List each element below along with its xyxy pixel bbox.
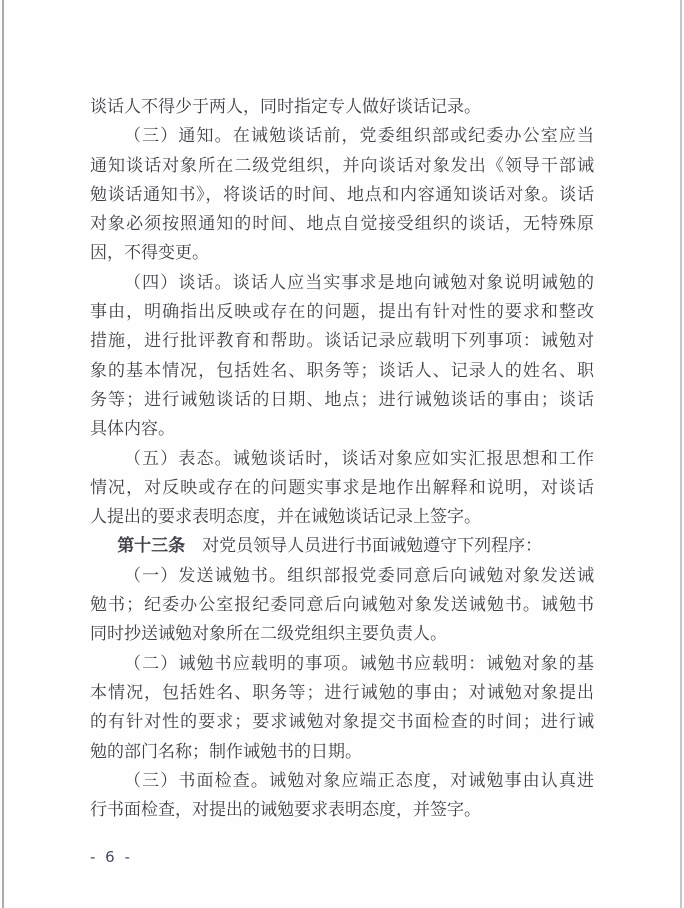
text-line: 本情况，包括姓名、职务等；进行诫勉的事由；对诫勉对象提出 [90, 679, 594, 708]
text-line: （三）书面检查。诫勉对象应端正态度，对诫勉事由认真进 [90, 767, 594, 796]
scanned-document-page: 谈话人不得少于两人，同时指定专人做好谈话记录。（三）通知。在诫勉谈话前，党委组织… [0, 0, 684, 908]
text-line: 谈话人不得少于两人，同时指定专人做好谈话记录。 [90, 93, 594, 122]
text-line: 措施，进行批评教育和帮助。谈话记录应载明下列事项：诫勉对 [90, 327, 594, 356]
text-line: 第十三条 对党员领导人员进行书面诫勉遵守下列程序： [90, 532, 594, 561]
text-line: （二）诫勉书应载明的事项。诫勉书应载明：诫勉对象的基 [90, 650, 594, 679]
text-line: 行书面检查，对提出的诫勉要求表明态度，并签字。 [90, 796, 594, 825]
text-line: 对象必须按照通知的时间、地点自觉接受组织的谈话，无特殊原 [90, 210, 594, 239]
text-line: 务等；进行诫勉谈话的日期、地点；进行诫勉谈话的事由；谈话 [90, 386, 594, 415]
text-line: （三）通知。在诫勉谈话前，党委组织部或纪委办公室应当 [90, 122, 594, 151]
text-line: 勉书；纪委办公室报纪委同意后向诫勉对象发送诫勉书。诫勉书 [90, 591, 594, 620]
text-line: 事由，明确指出反映或存在的问题，提出有针对性的要求和整改 [90, 298, 594, 327]
text-line: 的有针对性的要求；要求诫勉对象提交书面检查的时间；进行诫 [90, 708, 594, 737]
text-line: 同时抄送诫勉对象所在二级党组织主要负责人。 [90, 620, 594, 649]
text-line: 勉的部门名称；制作诫勉书的日期。 [90, 738, 594, 767]
text-line: （一）发送诫勉书。组织部报党委同意后向诫勉对象发送诫 [90, 562, 594, 591]
text-line: 象的基本情况，包括姓名、职务等；谈话人、记录人的姓名、职 [90, 357, 594, 386]
scan-edge-right [680, 0, 682, 908]
text-line: 人提出的要求表明态度，并在诫勉谈话记录上签字。 [90, 503, 594, 532]
text-line: 具体内容。 [90, 415, 594, 444]
text-line: （四）谈话。谈话人应当实事求是地向诫勉对象说明诫勉的 [90, 269, 594, 298]
bold-article-number: 第十三条 [117, 536, 185, 556]
text-line: 情况，对反映或存在的问题实事求是地作出解释和说明，对谈话 [90, 474, 594, 503]
scan-edge-left [2, 0, 4, 908]
document-body: 谈话人不得少于两人，同时指定专人做好谈话记录。（三）通知。在诫勉谈话前，党委组织… [90, 93, 594, 826]
page-number: - 6 - [90, 848, 132, 866]
text-line: （五）表态。诫勉谈话时，谈话对象应如实汇报思想和工作 [90, 445, 594, 474]
text-line: 因，不得变更。 [90, 239, 594, 268]
text-line: 通知谈话对象所在二级党组织，并向谈话对象发出《领导干部诫 [90, 152, 594, 181]
text-line: 勉谈话通知书》，将谈话的时间、地点和内容通知谈话对象。谈话 [90, 181, 594, 210]
